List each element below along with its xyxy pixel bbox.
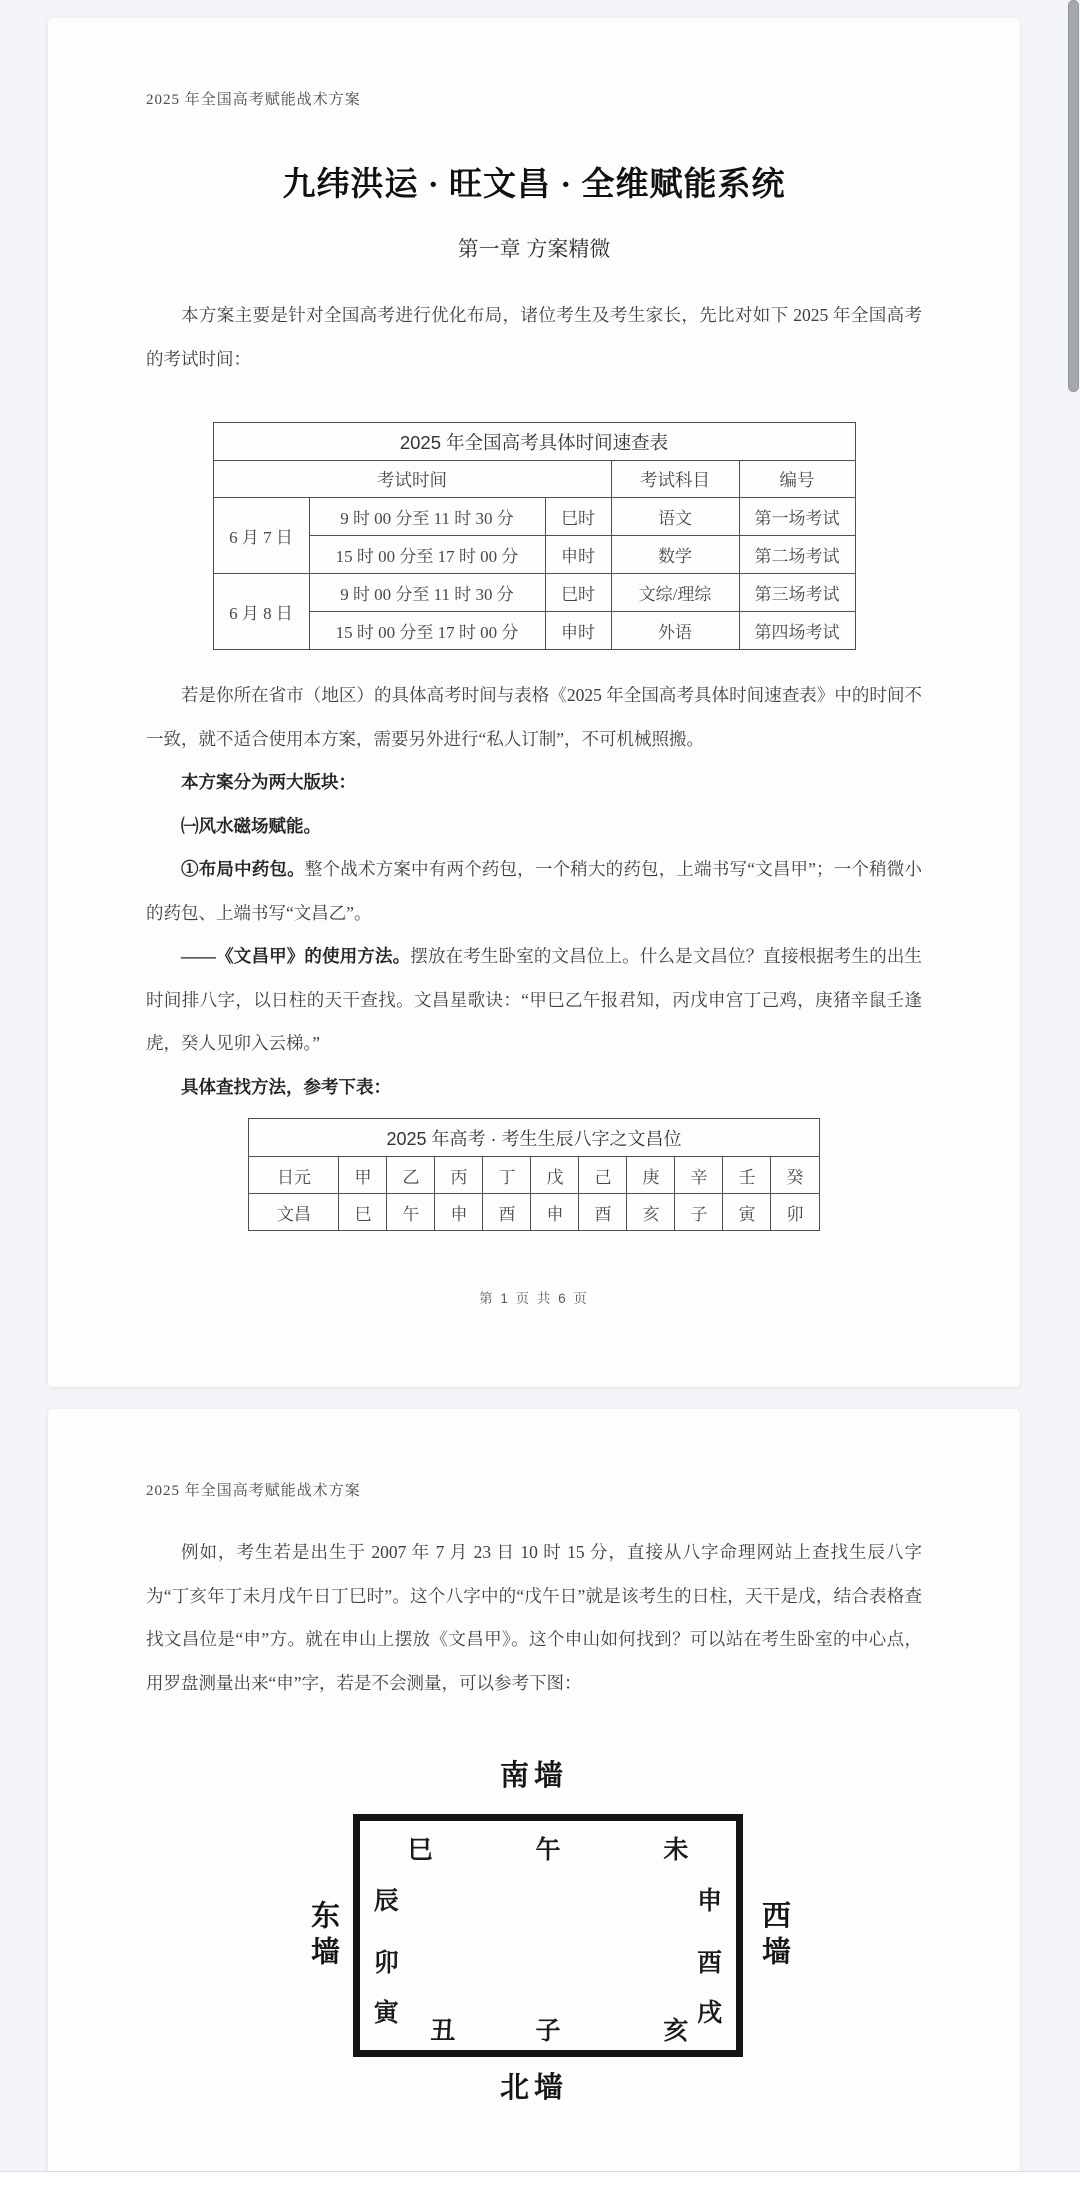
bottom-bar (0, 2171, 1080, 2202)
cell-stem: 乙 (387, 1157, 435, 1194)
cell-time: 9 时 00 分至 11 时 30 分 (309, 574, 545, 612)
cell-session: 第一场考试 (739, 498, 855, 536)
cell-branch: 申 (435, 1194, 483, 1231)
wall-label-north: 北墙 (146, 2065, 922, 2106)
wenchang-position-table: 2025 年高考 · 考生生辰八字之文昌位 日元 甲 乙 丙 丁 戊 己 庚 辛… (248, 1118, 819, 1231)
intro-paragraph: 本方案主要是针对全国高考进行优化布局，诸位考生及考生家长，先比对如下 2025 … (146, 294, 922, 381)
cell-time: 15 时 00 分至 17 时 00 分 (309, 612, 545, 650)
zodiac-shen: 申 (697, 1881, 722, 1917)
document-page-1: 2025 年全国高考赋能战术方案 九纬洪运 · 旺文昌 · 全维赋能系统 第一章… (48, 18, 1020, 1387)
table-row: 6 月 8 日 9 时 00 分至 11 时 30 分 巳时 文综/理综 第三场… (213, 574, 855, 612)
item-paragraph-1: ①布局中药包。整个战术方案中有两个药包，一个稍大的药包，上端书写“文昌甲”；一个… (146, 848, 922, 935)
table-row: 15 时 00 分至 17 时 00 分 申时 数学 第二场考试 (213, 536, 855, 574)
cell-stem: 戊 (531, 1157, 579, 1194)
cell-session: 第三场考试 (739, 574, 855, 612)
item-2-lead: ——《文昌甲》的使用方法。 (181, 946, 410, 966)
cell-branch: 巳 (339, 1194, 387, 1231)
zodiac-wu: 午 (535, 1830, 560, 1866)
cell-hour: 申时 (545, 536, 611, 574)
cell-branch: 卯 (771, 1194, 819, 1231)
room-diagram: 南墙 东墙 巳 午 未 辰 申 卯 酉 寅 戌 丑 子 亥 西墙 北墙 (146, 1753, 922, 2106)
document-viewer: { "colors":{"background":"#f3f5f9","page… (0, 0, 1080, 2202)
doc-title: 九纬洪运 · 旺文昌 · 全维赋能系统 (146, 158, 922, 205)
cell-branch: 午 (387, 1194, 435, 1231)
item-1-lead: ①布局中药包。 (181, 859, 305, 879)
page-footer: 第 1 页 共 6 页 (146, 1287, 922, 1307)
document-page-2: 2025 年全国高考赋能战术方案 例如，考生若是出生于 2007 年 7 月 2… (48, 1409, 1020, 2171)
zodiac-chen: 辰 (374, 1881, 399, 1917)
zodiac-wei: 未 (663, 1830, 688, 1866)
cell-branch-label: 文昌 (249, 1194, 339, 1231)
cell-stem: 丁 (483, 1157, 531, 1194)
cell-stem: 壬 (723, 1157, 771, 1194)
notice-paragraph: 若是你所在省市（地区）的具体高考时间与表格《2025 年全国高考具体时间速查表》… (146, 674, 922, 761)
col-header-time: 考试时间 (213, 461, 611, 498)
cell-subject: 文综/理综 (611, 574, 739, 612)
wall-label-west: 西墙 (759, 1900, 788, 1972)
section-heading-fengshui: ㈠风水磁场赋能。 (146, 805, 922, 849)
cell-subject: 数学 (611, 536, 739, 574)
zodiac-xu: 戌 (697, 1993, 722, 2029)
zodiac-you: 酉 (697, 1943, 722, 1979)
col-header-code: 编号 (739, 461, 855, 498)
cell-hour: 巳时 (545, 574, 611, 612)
cell-subject: 语文 (611, 498, 739, 536)
zodiac-chou: 丑 (430, 2011, 455, 2047)
table-row: 文昌 巳 午 申 酉 申 酉 亥 子 寅 卯 (249, 1194, 819, 1231)
cell-subject: 外语 (611, 612, 739, 650)
section-heading-blocks: 本方案分为两大版块： (146, 761, 922, 805)
scrollbar-thumb[interactable] (1068, 0, 1079, 392)
cell-branch: 酉 (483, 1194, 531, 1231)
cell-branch: 亥 (627, 1194, 675, 1231)
wall-label-east: 东墙 (308, 1900, 337, 1972)
example-paragraph: 例如，考生若是出生于 2007 年 7 月 23 日 10 时 15 分，直接从… (146, 1531, 922, 1705)
zodiac-yin: 寅 (374, 1993, 399, 2029)
chapter-heading: 第一章 方案精微 (146, 233, 922, 263)
zodiac-mao: 卯 (374, 1943, 399, 1979)
cell-hour: 申时 (545, 612, 611, 650)
zodiac-zi: 子 (535, 2011, 560, 2047)
running-header: 2025 年全国高考赋能战术方案 (146, 1479, 922, 1500)
cell-session: 第四场考试 (739, 612, 855, 650)
cell-branch: 子 (675, 1194, 723, 1231)
cell-stem: 辛 (675, 1157, 723, 1194)
col-header-subject: 考试科目 (611, 461, 739, 498)
cell-stem: 己 (579, 1157, 627, 1194)
cell-stem: 庚 (627, 1157, 675, 1194)
running-header: 2025 年全国高考赋能战术方案 (146, 88, 922, 109)
section-heading-lookup: 具体查找方法，参考下表： (146, 1066, 922, 1110)
cell-date-jun7: 6 月 7 日 (213, 498, 309, 574)
zodiac-si: 巳 (408, 1830, 433, 1866)
cell-stem-label: 日元 (249, 1157, 339, 1194)
exam-schedule-table-title: 2025 年全国高考具体时间速查表 (213, 423, 855, 461)
exam-schedule-table: 2025 年全国高考具体时间速查表 考试时间 考试科目 编号 6 月 7 日 9… (213, 422, 856, 650)
cell-branch: 寅 (723, 1194, 771, 1231)
cell-date-jun8: 6 月 8 日 (213, 574, 309, 650)
cell-stem: 丙 (435, 1157, 483, 1194)
item-paragraph-2: ——《文昌甲》的使用方法。摆放在考生卧室的文昌位上。什么是文昌位？直接根据考生的… (146, 935, 922, 1066)
zodiac-hai: 亥 (663, 2011, 688, 2047)
table-row: 6 月 7 日 9 时 00 分至 11 时 30 分 巳时 语文 第一场考试 (213, 498, 855, 536)
cell-stem: 癸 (771, 1157, 819, 1194)
cell-time: 15 时 00 分至 17 时 00 分 (309, 536, 545, 574)
cell-time: 9 时 00 分至 11 时 30 分 (309, 498, 545, 536)
cell-hour: 巳时 (545, 498, 611, 536)
cell-stem: 甲 (339, 1157, 387, 1194)
table-row: 15 时 00 分至 17 时 00 分 申时 外语 第四场考试 (213, 612, 855, 650)
wall-label-south: 南墙 (146, 1753, 922, 1794)
cell-branch: 酉 (579, 1194, 627, 1231)
cell-branch: 申 (531, 1194, 579, 1231)
cell-session: 第二场考试 (739, 536, 855, 574)
table-row: 日元 甲 乙 丙 丁 戊 己 庚 辛 壬 癸 (249, 1157, 819, 1194)
wenchang-table-title: 2025 年高考 · 考生生辰八字之文昌位 (249, 1119, 819, 1157)
room-rectangle: 巳 午 未 辰 申 卯 酉 寅 戌 丑 子 亥 (353, 1814, 743, 2057)
